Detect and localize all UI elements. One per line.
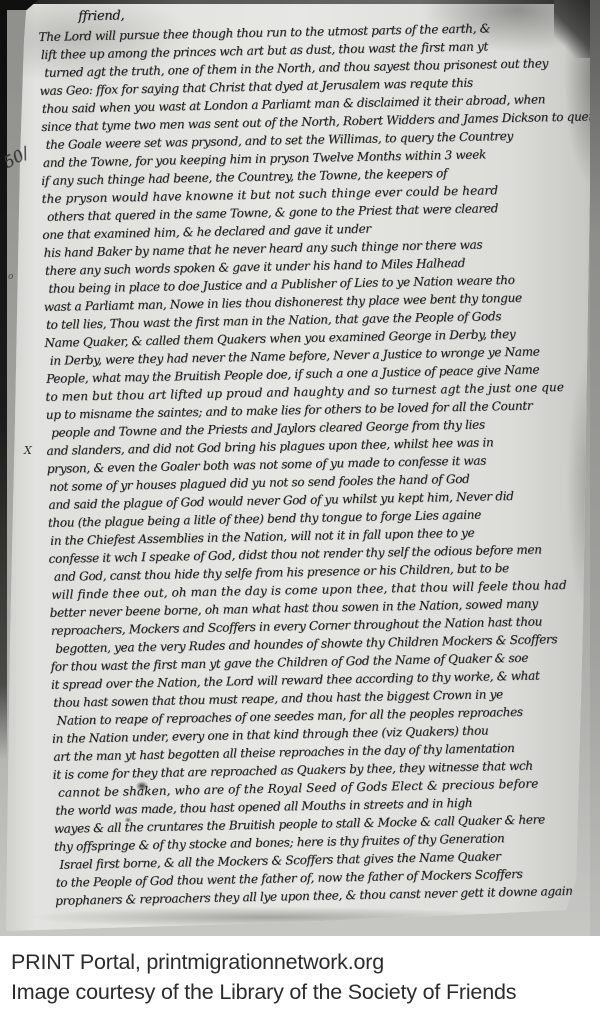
scan-edge-top — [0, 0, 600, 4]
margin-mark-o: o — [8, 272, 13, 282]
scan-edge-left — [0, 0, 7, 760]
manuscript-photo: ffriend, The Lord will pursue thee thoug… — [0, 0, 600, 936]
caption-portal-line: PRINT Portal, printmigrationnetwork.org — [11, 947, 600, 977]
caption-credit-line: Image courtesy of the Library of the Soc… — [11, 977, 600, 1007]
screenshot-root: ffriend, The Lord will pursue thee thoug… — [0, 0, 600, 1010]
manuscript-page: ffriend, The Lord will pursue thee thoug… — [0, 0, 600, 936]
manuscript-text: ffriend, The Lord will pursue thee thoug… — [38, 0, 600, 910]
scan-edge-right — [590, 0, 600, 936]
margin-mark-x: X — [24, 444, 32, 457]
image-caption: PRINT Portal, printmigrationnetwork.org … — [0, 936, 600, 1010]
